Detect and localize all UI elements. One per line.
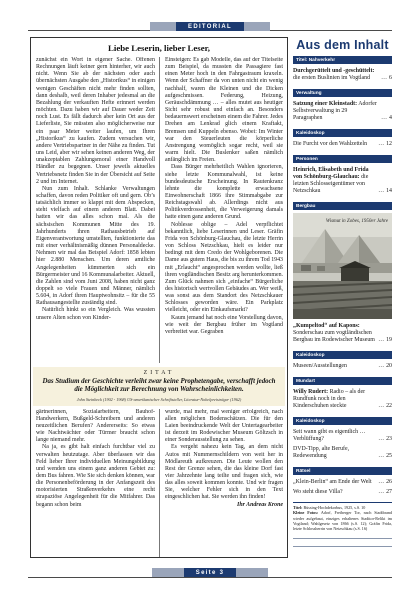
page-number: 26 bbox=[386, 479, 392, 485]
header-badge-row: EDITORIAL bbox=[0, 22, 420, 31]
quote-label: ZITAT bbox=[41, 370, 277, 376]
toc-entry-page: …19 bbox=[378, 337, 392, 344]
toc-section-bar-kaleidoskop-2: Kaleidoskop bbox=[293, 351, 392, 359]
paragraph: Es vergeht nahezu kein Tag, an dem nicht… bbox=[165, 444, 283, 501]
paragraph: Kaum jemand hat noch eine Vorstellung da… bbox=[165, 315, 283, 336]
page-number: 27 bbox=[386, 489, 392, 495]
credit-line: Kleine Fotos: Adorf, Freiberger Tor, nac… bbox=[293, 510, 392, 531]
paragraph: zunächst ein Wort in eigener Sache. Offe… bbox=[36, 57, 155, 186]
toc-section-bar-kaleidoskop-3: Kaleidoskop bbox=[293, 417, 392, 425]
toc-entry-page: …25 bbox=[378, 453, 392, 460]
quote-text: Das Studium der Geschichte verleiht zwar… bbox=[41, 378, 277, 395]
column-top-left: zunächst ein Wort in eigener Sache. Offe… bbox=[31, 57, 159, 363]
sidebar-divider bbox=[293, 546, 392, 547]
table-of-contents: Aus dem Inhalt Titel: Nahverkehr Durchge… bbox=[293, 38, 392, 547]
toc-section-bar-nahverkehr: Titel: Nahverkehr bbox=[293, 56, 392, 64]
toc-entry: Heinrich, Elisabeth und Frida von Schönb… bbox=[293, 167, 392, 195]
credit-text: Büssing-Hochdekorbus, 1925, s.S. 10 bbox=[304, 505, 366, 510]
dot-leader: … bbox=[378, 141, 384, 147]
page-number: 20 bbox=[386, 363, 392, 369]
toc-entry-page: …12 bbox=[378, 141, 392, 148]
toc-entry-rest: Museen/Ausstellungen bbox=[293, 363, 347, 369]
paragraph: Einsteigen: Es gab Modelle, das auf der … bbox=[165, 57, 283, 164]
dot-leader: … bbox=[378, 489, 384, 495]
toc-entry: Seit wann gibt es eigentlich … Verblüffu… bbox=[293, 429, 392, 443]
toc-entry-lead: „Kumpeltod“ auf Kapons: bbox=[293, 323, 360, 329]
dot-leader: … bbox=[378, 453, 384, 459]
dot-leader: … bbox=[378, 479, 384, 485]
toc-entry: Museen/Ausstellungen …20 bbox=[293, 363, 392, 370]
toc-entry-text: Museen/Ausstellungen bbox=[293, 363, 378, 370]
paragraph: Noblesse oblige – Adel verpflichtet beka… bbox=[165, 222, 283, 315]
toc-entry-page: …6 bbox=[381, 75, 392, 82]
page-number: 23 bbox=[386, 436, 392, 442]
paragraph: Nun zum Inhalt. Schlanke Verwaltungen sc… bbox=[36, 186, 155, 308]
paragraph: Natürlich hinkt so ein Vergleich. Was wu… bbox=[36, 307, 155, 321]
toc-title: Aus dem Inhalt bbox=[293, 38, 392, 52]
toc-entry-text: „Klein-Berlin“ am Ende der Welt bbox=[293, 479, 378, 486]
toc-entry: Durchgerüttelt und -geschüttelt: die ers… bbox=[293, 68, 392, 82]
toc-entry-text: Satzung einer Kleinstadt: Adorfer Selbst… bbox=[293, 101, 381, 122]
photo-caption: Wismut in Zobes, 1950er Jahre bbox=[326, 219, 389, 224]
mining-photo: Wismut in Zobes, 1950er Jahre bbox=[293, 213, 392, 319]
toc-entry-rest: „Klein-Berlin“ am Ende der Welt bbox=[293, 479, 372, 485]
toc-entry: Wo steht diese Villa? …27 bbox=[293, 489, 392, 496]
toc-entry-page: …23 bbox=[378, 436, 392, 443]
toc-entry: „Kumpeltod“ auf Kapons: Sonderschau zum … bbox=[293, 323, 392, 344]
footer-rule bbox=[28, 577, 392, 578]
paragraph-text: Es vergeht nahezu kein Tag, an dem nicht… bbox=[165, 444, 283, 500]
toc-section-bar-raetsel: Rätsel bbox=[293, 467, 392, 475]
footer-badge-row: Seite 3 bbox=[0, 568, 420, 577]
toc-section-bar-kaleidoskop-1: Kaleidoskop bbox=[293, 129, 392, 137]
toc-entry-page: …22 bbox=[378, 403, 392, 410]
column-top-right: Einsteigen: Es gab Modelle, das auf der … bbox=[159, 57, 287, 363]
toc-entry: DVD-Tipp, alte Berufe, Redewendung …25 bbox=[293, 446, 392, 460]
toc-entry-lead: Satzung einer Kleinstadt: bbox=[293, 101, 357, 107]
page-number: 4 bbox=[389, 115, 392, 121]
page-number: 14 bbox=[386, 188, 392, 194]
page-number: 12 bbox=[386, 141, 392, 147]
toc-entry-lead: Heinrich, Elisabeth und Frida von Schönb… bbox=[293, 167, 369, 180]
toc-section-bar-personen: Personen bbox=[293, 155, 392, 163]
page-number: 25 bbox=[386, 453, 392, 459]
header-flank-left bbox=[150, 22, 176, 31]
footer-flank-left bbox=[152, 568, 184, 577]
toc-entry: Satzung einer Kleinstadt: Adorfer Selbst… bbox=[293, 101, 392, 122]
toc-entry-rest: Wo steht diese Villa? bbox=[293, 489, 343, 495]
toc-section-bar-bergbau: Bergbau bbox=[293, 202, 392, 210]
page-number: 22 bbox=[386, 403, 392, 409]
editorial-box: Liebe Leserin, lieber Leser, zunächst ei… bbox=[30, 37, 288, 558]
toc-entry-page: …4 bbox=[381, 115, 392, 122]
toc-entry-lead: Willy Rudert: bbox=[293, 389, 328, 395]
dot-leader: … bbox=[378, 363, 384, 369]
toc-entry: Die Furcht vor den Wahlzetteln …12 bbox=[293, 141, 392, 148]
page-number-badge: Seite 3 bbox=[184, 568, 236, 577]
dot-leader: … bbox=[378, 188, 384, 194]
toc-section-bar-verwaltung: Verwaltung bbox=[293, 89, 392, 97]
author-signature: Ihr Andreas Krone bbox=[227, 502, 283, 509]
quote-attribution: John Steinbeck (1902 - 1968) US-amerikan… bbox=[41, 397, 277, 402]
header-flank-right bbox=[244, 22, 270, 31]
credit-label: Titel: bbox=[293, 505, 302, 510]
toc-entry-page: …14 bbox=[378, 188, 392, 195]
toc-entry-lead: Durchgerüttelt und -geschüttelt: bbox=[293, 68, 374, 74]
toc-entry: „Klein-Berlin“ am Ende der Welt …26 bbox=[293, 479, 392, 486]
toc-entry-text: Durchgerüttelt und -geschüttelt: die ers… bbox=[293, 68, 381, 82]
toc-entry-rest: die ersten Buslinien im Vogtland bbox=[293, 75, 370, 81]
quote-block: ZITAT Das Studium der Geschichte verleih… bbox=[33, 367, 285, 406]
toc-entry-page: …27 bbox=[378, 489, 392, 496]
dot-leader: … bbox=[378, 403, 384, 409]
paragraph: gärtnerinnen, Sozialarbeitern, Bauhof-Ha… bbox=[36, 409, 155, 445]
toc-entry-rest: Seit wann gibt es eigentlich … Verblüffu… bbox=[293, 429, 365, 442]
column-bottom-left: gärtnerinnen, Sozialarbeitern, Bauhof-Ha… bbox=[31, 409, 159, 557]
toc-entry-rest: Sonderschau zum vogtländischen Bergbau i… bbox=[293, 330, 375, 343]
toc-entry-rest: Die Furcht vor den Wahlzetteln bbox=[293, 141, 367, 147]
page-number: 19 bbox=[386, 337, 392, 343]
toc-entry: Willy Rudert: Radio – als der Rundfunk n… bbox=[293, 389, 392, 410]
footer-flank-right bbox=[236, 568, 268, 577]
sidebar-divider bbox=[293, 538, 392, 539]
toc-entry-page: …20 bbox=[378, 363, 392, 370]
toc-entry-text: Seit wann gibt es eigentlich … Verblüffu… bbox=[293, 429, 378, 443]
toc-entry-text: Willy Rudert: Radio – als der Rundfunk n… bbox=[293, 389, 378, 410]
dot-leader: … bbox=[378, 337, 384, 343]
editorial-columns-bottom: gärtnerinnen, Sozialarbeitern, Bauhof-Ha… bbox=[31, 409, 287, 557]
credit-label: Kleine Fotos: bbox=[293, 510, 318, 515]
paragraph: Dass Bürger mehrheitlich Wahlen ignorier… bbox=[165, 164, 283, 221]
toc-entry-text: Die Furcht vor den Wahlzetteln bbox=[293, 141, 378, 148]
toc-entry-rest: DVD-Tipp, alte Berufe, Redewendung bbox=[293, 446, 349, 459]
toc-entry-text: „Kumpeltod“ auf Kapons: Sonderschau zum … bbox=[293, 323, 378, 344]
toc-entry-text: Heinrich, Elisabeth und Frida von Schönb… bbox=[293, 167, 378, 195]
toc-section-bar-mundart: Mundart bbox=[293, 377, 392, 385]
editorial-title: Liebe Leserin, lieber Leser, bbox=[31, 43, 287, 53]
editorial-columns-top: zunächst ein Wort in eigener Sache. Offe… bbox=[31, 57, 287, 363]
dot-leader: … bbox=[381, 115, 387, 121]
dot-leader: … bbox=[378, 436, 384, 442]
toc-entry-text: Wo steht diese Villa? bbox=[293, 489, 378, 496]
paragraph: wurde, mal mehr, mal weniger erfolgreich… bbox=[165, 409, 283, 445]
toc-entry-page: …26 bbox=[378, 479, 392, 486]
page-number: 6 bbox=[389, 75, 392, 81]
dot-leader: … bbox=[381, 75, 387, 81]
photo-credits: Titel: Büssing-Hochdekorbus, 1925, s.S. … bbox=[293, 502, 392, 531]
column-bottom-right: wurde, mal mehr, mal weniger erfolgreich… bbox=[159, 409, 287, 557]
toc-entry-text: DVD-Tipp, alte Berufe, Redewendung bbox=[293, 446, 378, 460]
section-badge-editorial: EDITORIAL bbox=[176, 22, 244, 31]
paragraph: Na ja, es gibt halt einfach furchtbar vi… bbox=[36, 444, 155, 508]
